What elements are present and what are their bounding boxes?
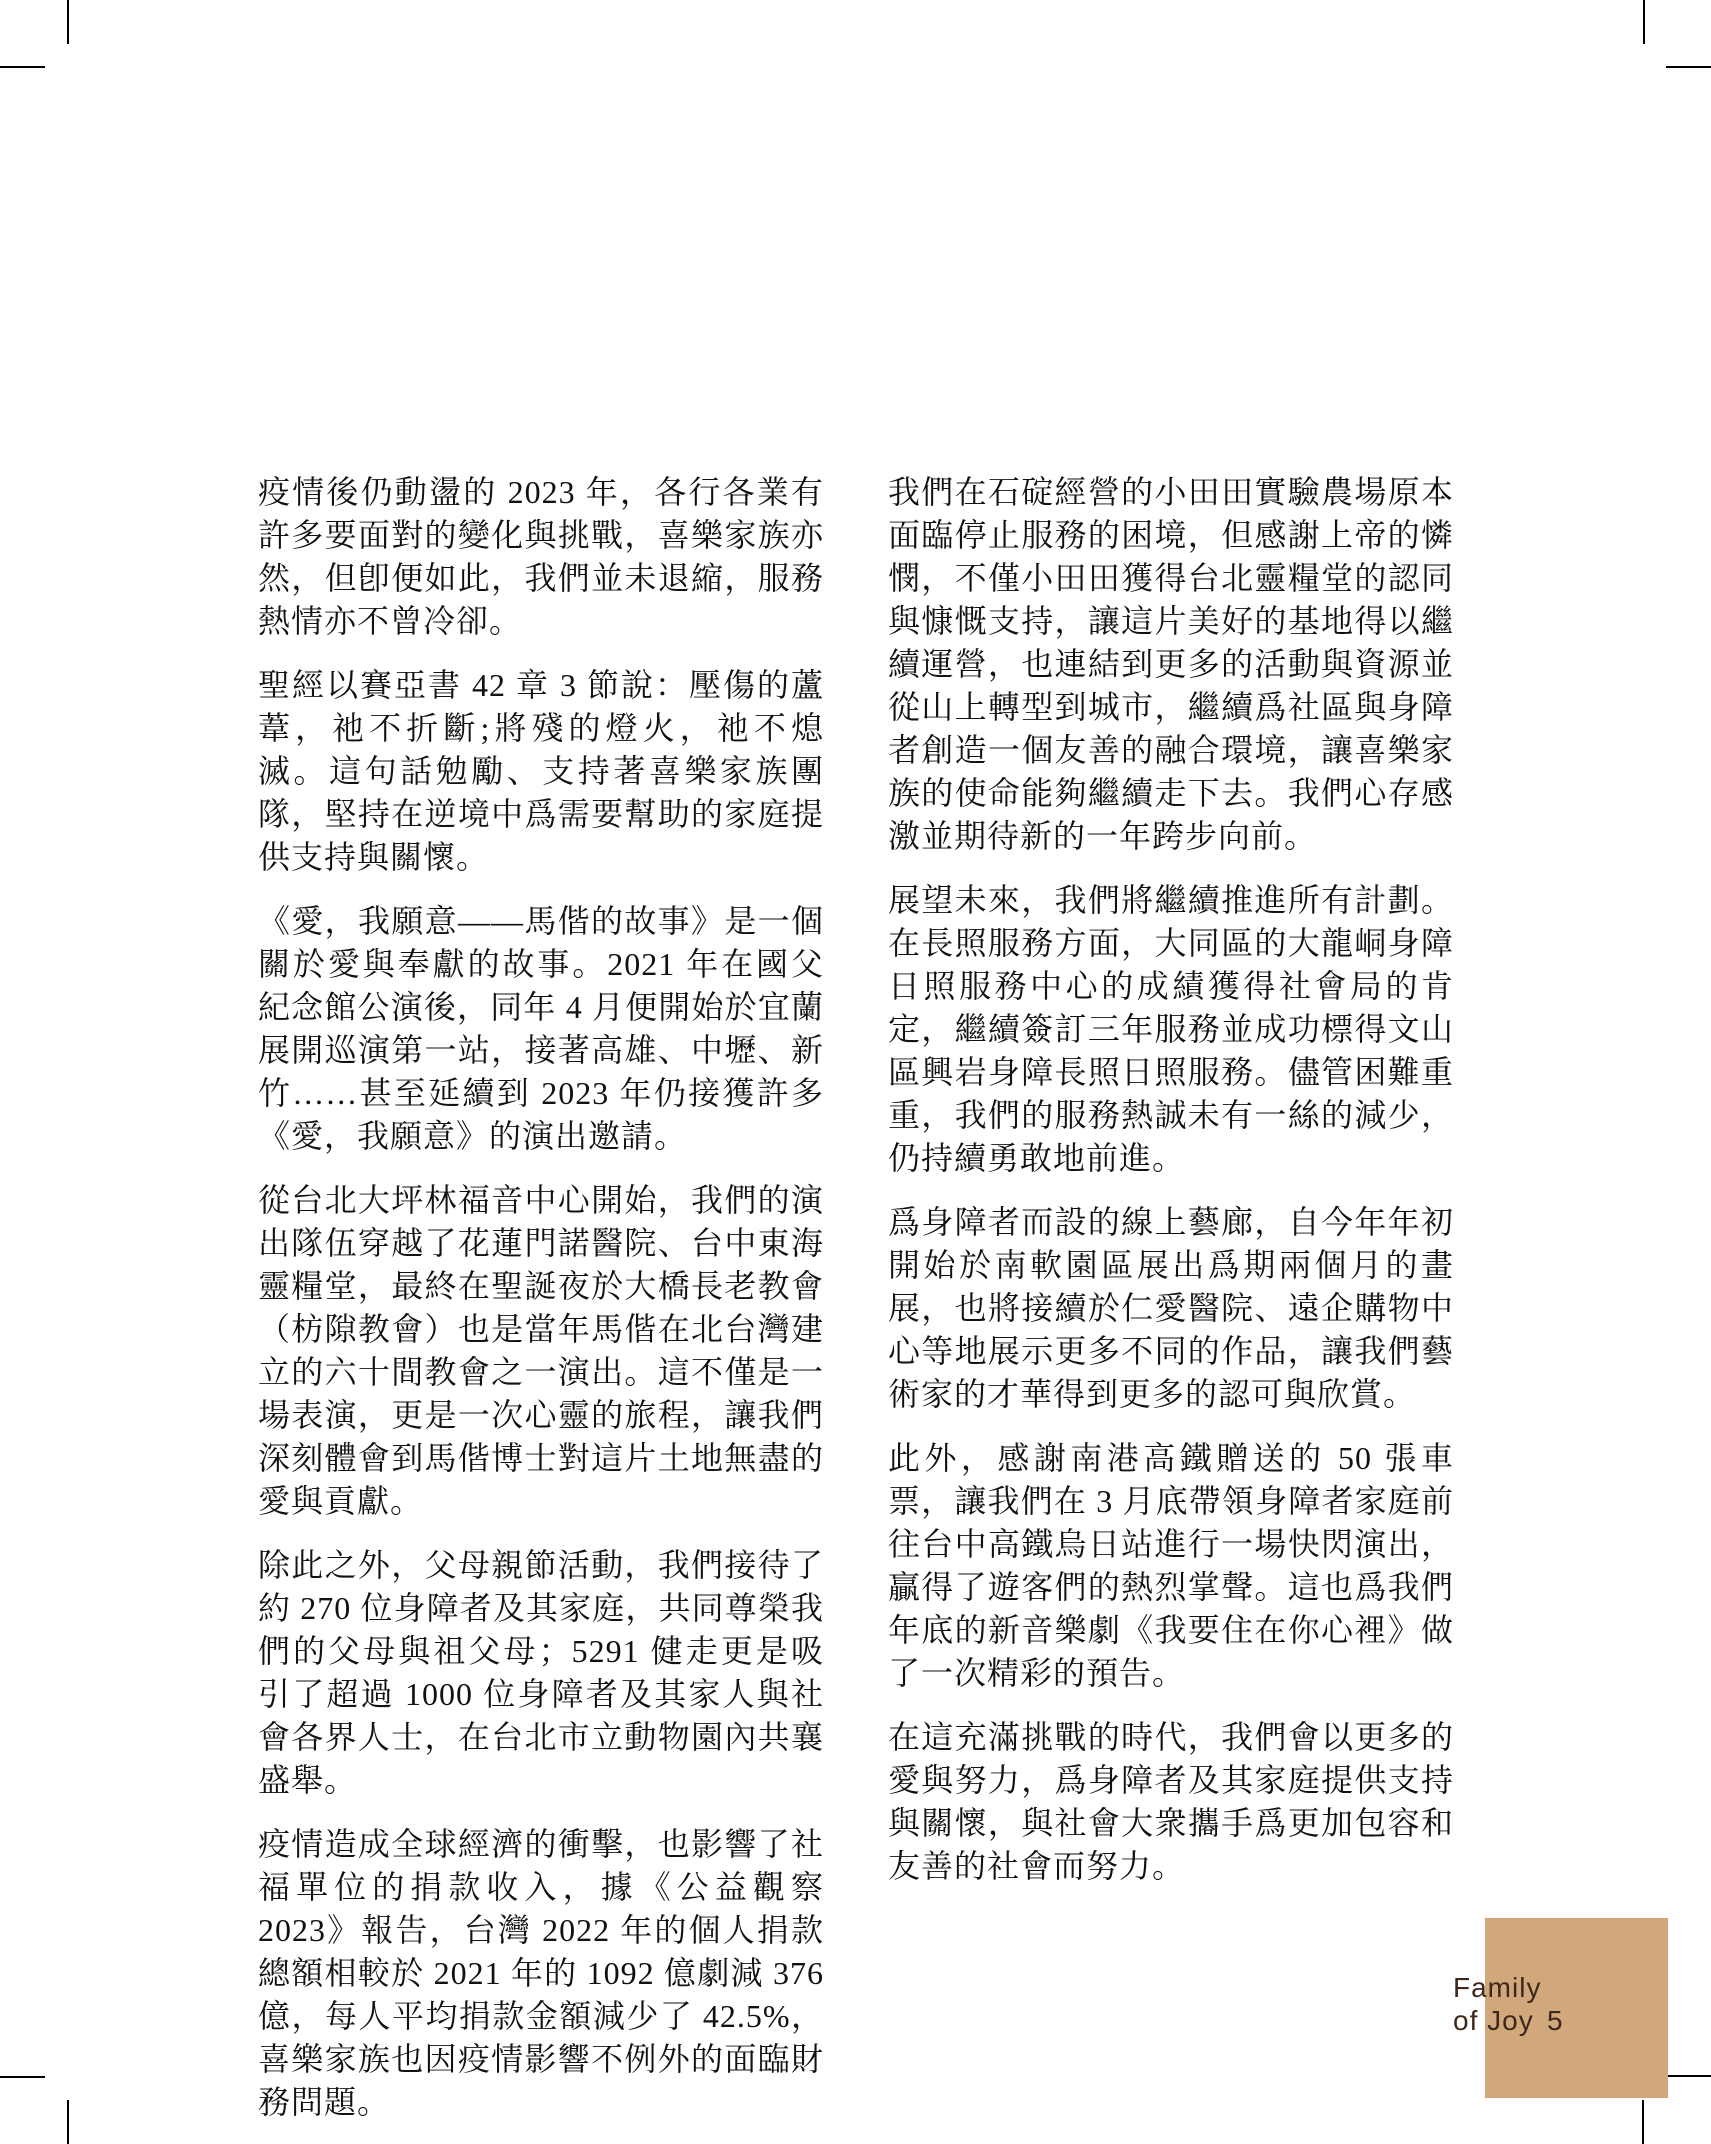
paragraph: 聖經以賽亞書 42 章 3 節說：壓傷的蘆葦，祂不折斷;將殘的燈火，祂不熄滅。這… [258, 664, 824, 879]
crop-mark-top-right-horizontal [1666, 66, 1711, 68]
paragraph: 《愛，我願意——馬偕的故事》是一個關於愛與奉獻的故事。2021 年在國父紀念館公… [258, 900, 824, 1158]
crop-mark-top-right-vertical [1643, 0, 1645, 44]
crop-mark-bottom-left-horizontal [0, 2076, 45, 2078]
crop-mark-top-left-horizontal [0, 66, 45, 68]
paragraph: 疫情後仍動盪的 2023 年，各行各業有許多要面對的變化與挑戰，喜樂家族亦然，但… [258, 471, 824, 643]
text-column-left: 疫情後仍動盪的 2023 年，各行各業有許多要面對的變化與挑戰，喜樂家族亦然，但… [258, 471, 824, 2124]
paragraph: 爲身障者而設的線上藝廊，自今年年初開始於南軟園區展出爲期兩個月的畫展，也將接續於… [888, 1201, 1454, 1416]
text-column-right: 我們在石碇經營的小田田實驗農場原本面臨停止服務的困境，但感謝上帝的憐憫，不僅小田… [888, 471, 1454, 1888]
crop-mark-bottom-left-vertical [67, 2100, 69, 2144]
paragraph: 我們在石碇經營的小田田實驗農場原本面臨停止服務的困境，但感謝上帝的憐憫，不僅小田… [888, 471, 1454, 858]
page-number: 5 [1547, 2004, 1563, 2037]
document-page: 疫情後仍動盪的 2023 年，各行各業有許多要面對的變化與挑戰，喜樂家族亦然，但… [0, 0, 1711, 2144]
footer-brand-line1: Family [1453, 1971, 1541, 2004]
paragraph: 疫情造成全球經濟的衝擊，也影響了社福單位的捐款收入，據《公益觀察 2023》報告… [258, 1823, 824, 2124]
crop-mark-bottom-right-vertical [1642, 2100, 1644, 2144]
paragraph: 此外，感謝南港高鐵贈送的 50 張車票，讓我們在 3 月底帶領身障者家庭前往台中… [888, 1437, 1454, 1695]
paragraph: 在這充滿挑戰的時代，我們會以更多的愛與努力，爲身障者及其家庭提供支持與關懷，與社… [888, 1716, 1454, 1888]
paragraph: 從台北大坪林福音中心開始，我們的演出隊伍穿越了花蓮門諾醫院、台中東海靈糧堂，最終… [258, 1179, 824, 1523]
paragraph: 展望未來，我們將繼續推進所有計劃。在長照服務方面，大同區的大龍峒身障日照服務中心… [888, 879, 1454, 1180]
crop-mark-bottom-right-horizontal [1668, 2075, 1711, 2077]
footer-brand: Family of Joy [1453, 1971, 1541, 2037]
paragraph: 除此之外，父母親節活動，我們接待了約 270 位身障者及其家庭，共同尊榮我們的父… [258, 1544, 824, 1802]
footer-brand-line2: of Joy [1453, 2004, 1541, 2037]
crop-mark-top-left-vertical [67, 0, 69, 44]
